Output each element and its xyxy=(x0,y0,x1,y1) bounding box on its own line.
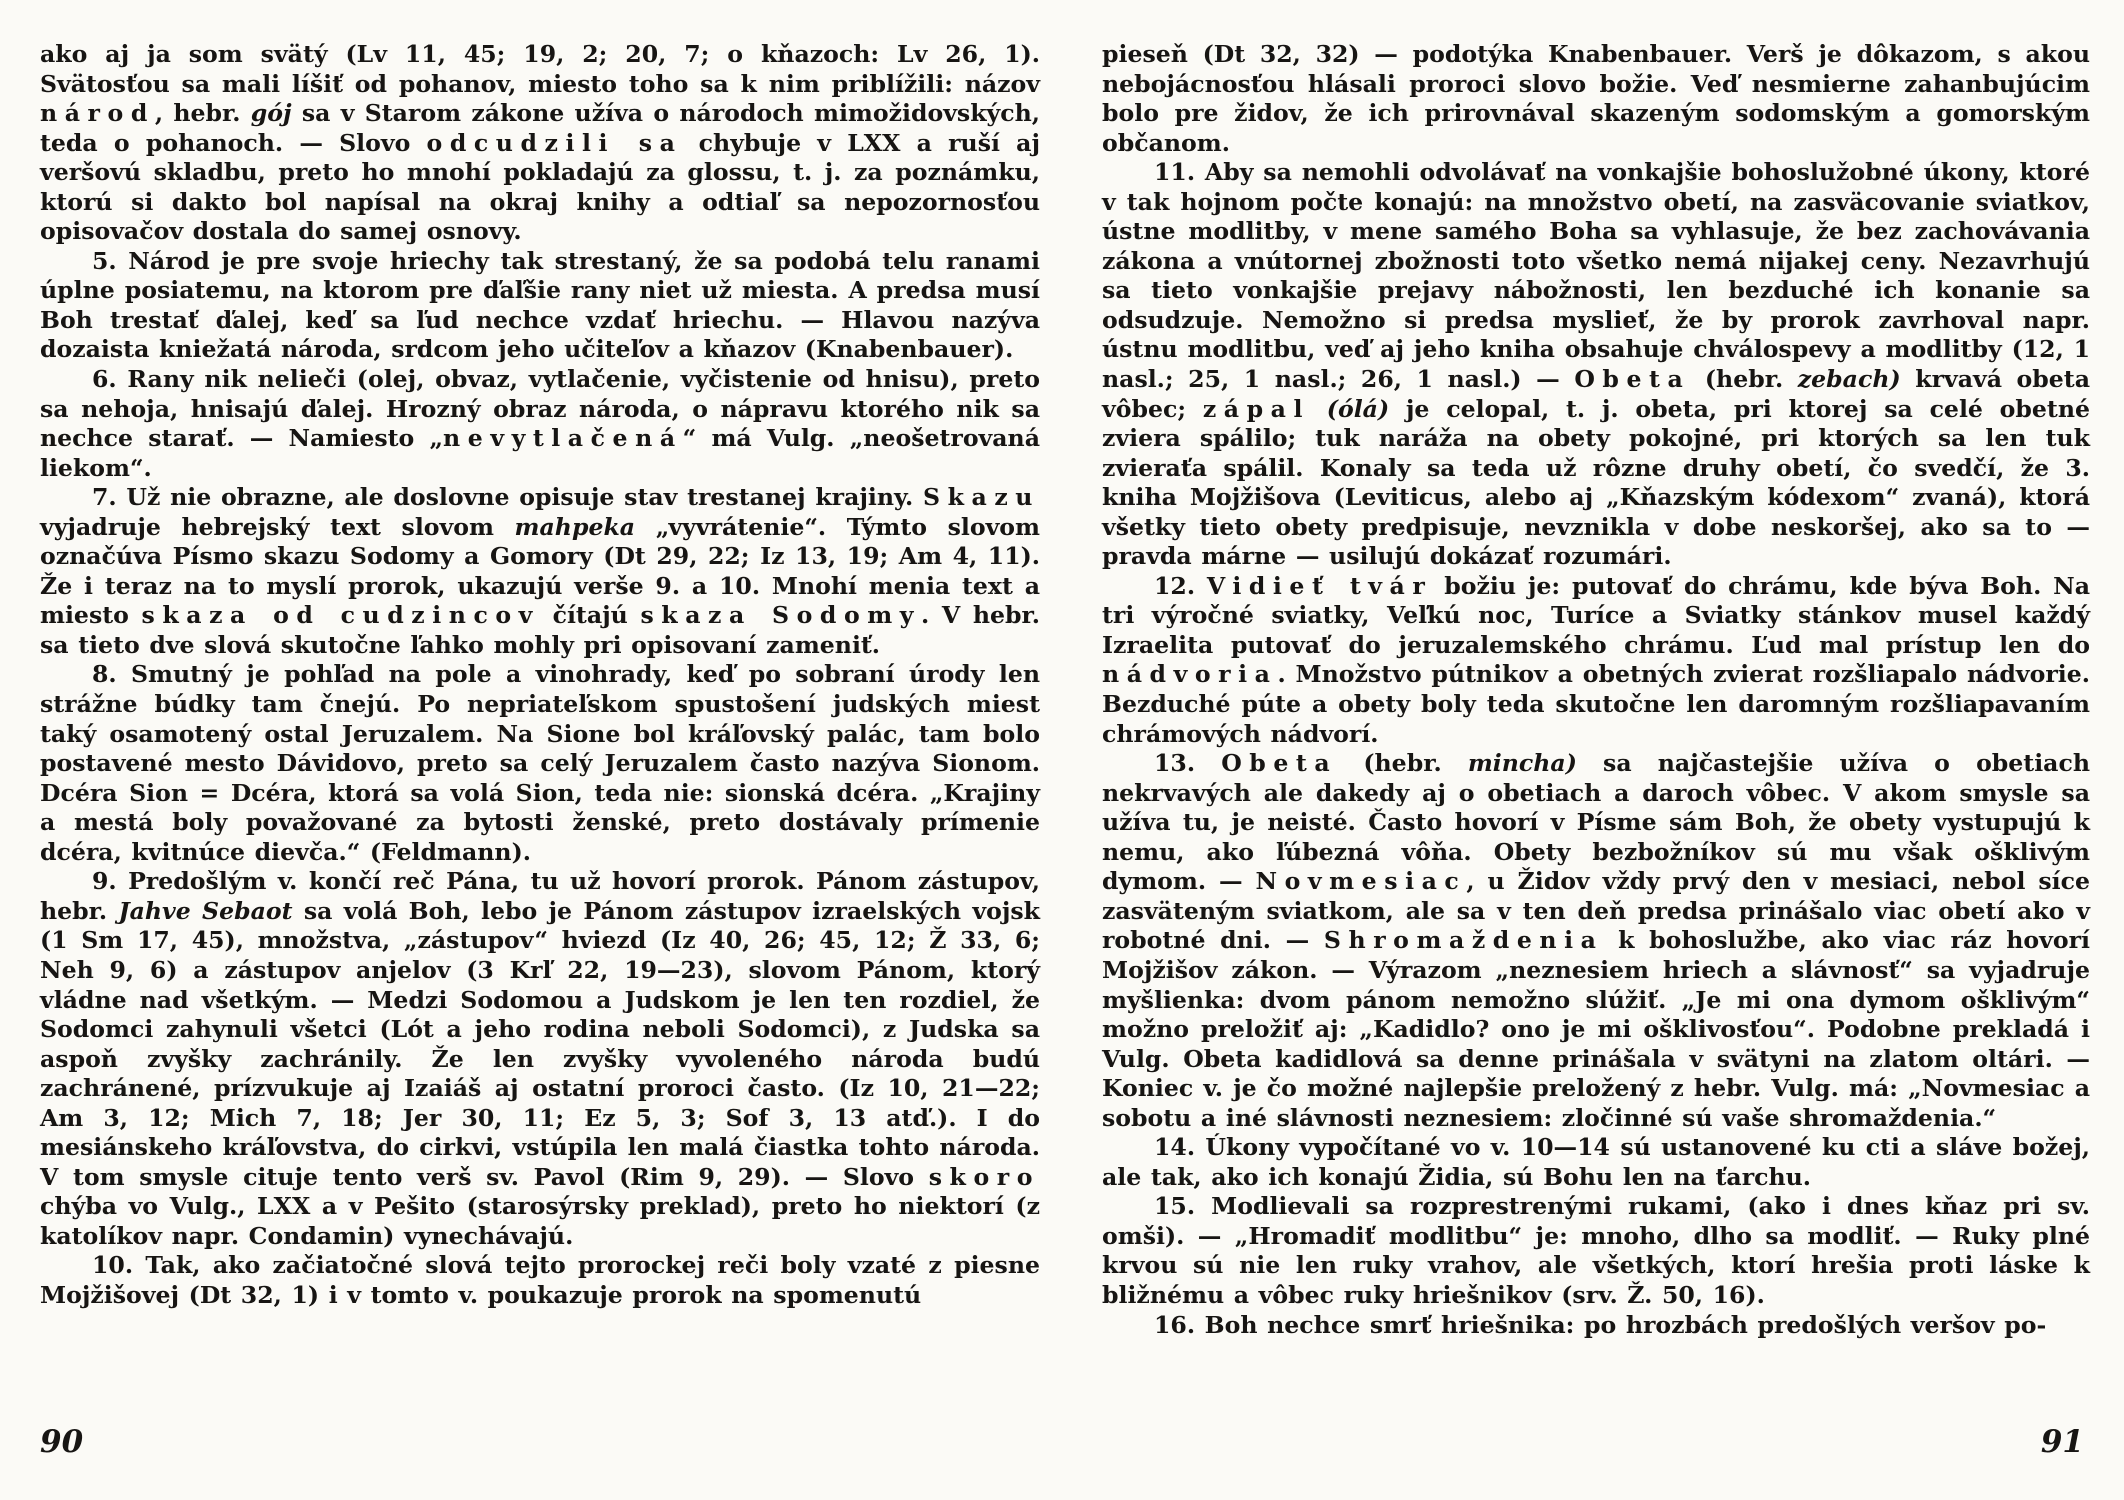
text-run: 12. xyxy=(1154,572,1207,600)
paragraph: 10. Tak, ako začiatočné slová tejto pror… xyxy=(40,1251,1040,1310)
emphasized-term: skoro xyxy=(929,1163,1040,1191)
italic-term: mahpeka xyxy=(515,513,636,541)
text-run: chýba vo Vulg., LXX a v Pešito (starosýr… xyxy=(40,1192,1040,1250)
italic-term: Jahve Sebaot xyxy=(118,897,292,925)
emphasized-term: nevytlačená xyxy=(443,424,683,452)
emphasized-term: skaza Sodomy xyxy=(640,601,921,629)
emphasized-term: národ xyxy=(40,99,155,127)
text-run: 14. Úkony vypočítané vo v. 10—14 sú usta… xyxy=(1102,1133,2090,1191)
italic-term: zebach) xyxy=(1798,365,1901,393)
text-run: 8. Smutný je pohľad na pole a vinohrady,… xyxy=(40,660,1040,865)
paragraph: 5. Národ je pre svoje hriechy tak strest… xyxy=(40,247,1040,365)
paragraph: 6. Rany nik nelieči (olej, obvaz, vytlač… xyxy=(40,365,1040,483)
paragraph: 9. Predošlým v. končí reč Pána, tu už ho… xyxy=(40,867,1040,1251)
emphasized-term: Obeta xyxy=(1221,749,1337,777)
emphasized-term: Skazu xyxy=(923,483,1040,511)
text-run: (hebr. xyxy=(1337,749,1468,777)
paragraph: 16. Boh nechce smrť hriešnika: po hrozbá… xyxy=(1102,1311,2090,1341)
emphasized-term: odcudzili sa xyxy=(427,129,683,157)
text-run: čítajú xyxy=(540,601,641,629)
book-spread: ako aj ja som svätý (Lv 11, 45; 19, 2; 2… xyxy=(0,0,2124,1500)
emphasized-term: zápal xyxy=(1203,395,1310,423)
paragraph: 13. Obeta (hebr. mincha) sa najčastejšie… xyxy=(1102,749,2090,1133)
paragraph: 12. Vidieť tvár božiu je: putovať do chr… xyxy=(1102,572,2090,749)
paragraph: 7. Už nie obrazne, ale doslovne opisuje … xyxy=(40,483,1040,660)
paragraph: 11. Aby sa nemohli odvolávať na vonkajši… xyxy=(1102,158,2090,572)
emphasized-term: Shromaždenia xyxy=(1324,926,1604,954)
text-run: 7. Už nie obrazne, ale doslovne opisuje … xyxy=(92,483,923,511)
italic-term: gój xyxy=(251,99,292,127)
emphasized-term: Novmesiac xyxy=(1255,867,1466,895)
paragraph: pieseň (Dt 32, 32) — podotýka Knabenbaue… xyxy=(1102,40,2090,158)
text-run: 5. Národ je pre svoje hriechy tak strest… xyxy=(40,247,1040,364)
text-run: (hebr. xyxy=(1690,365,1797,393)
text-run: 13. xyxy=(1154,749,1221,777)
paragraph: 8. Smutný je pohľad na pole a vinohrady,… xyxy=(40,660,1040,867)
paragraph: 14. Úkony vypočítané vo v. 10—14 sú usta… xyxy=(1102,1133,2090,1192)
text-run: sa volá Boh, lebo je Pánom zástupov izra… xyxy=(40,897,1040,1191)
text-run xyxy=(1310,395,1327,423)
text-run: ako aj ja som svätý (Lv 11, 45; 19, 2; 2… xyxy=(40,40,1040,98)
paragraph: ako aj ja som svätý (Lv 11, 45; 19, 2; 2… xyxy=(40,40,1040,247)
page-number-right: 91 xyxy=(2041,1424,2084,1460)
italic-term: mincha) xyxy=(1468,749,1577,777)
text-run: pieseň (Dt 32, 32) — podotýka Knabenbaue… xyxy=(1102,40,2090,157)
emphasized-term: skaza od cudzincov xyxy=(142,601,540,629)
text-run: , hebr. xyxy=(155,99,251,127)
text-run: 11. Aby sa nemohli odvolávať na vonkajši… xyxy=(1102,158,2090,393)
emphasized-term: nádvoria xyxy=(1102,660,1277,688)
left-page-text-column: ako aj ja som svätý (Lv 11, 45; 19, 2; 2… xyxy=(40,40,1040,1311)
paragraph: 15. Modlievali sa rozprestrenými rukami,… xyxy=(1102,1192,2090,1310)
page-number-left: 90 xyxy=(40,1424,83,1460)
text-run: 10. Tak, ako začiatočné slová tejto pror… xyxy=(40,1251,1040,1309)
italic-term: (ólá) xyxy=(1327,395,1389,423)
emphasized-term: Vidieť tvár xyxy=(1207,572,1432,600)
emphasized-term: Obeta xyxy=(1574,365,1690,393)
text-run: k bohoslužbe, ako viac ráz hovorí Mojžiš… xyxy=(1102,926,2090,1131)
text-run: 16. Boh nechce smrť hriešnika: po hrozbá… xyxy=(1154,1311,2046,1339)
right-page-text-column: pieseň (Dt 32, 32) — podotýka Knabenbaue… xyxy=(1102,40,2090,1340)
text-run: vyjadruje hebrejský text slovom xyxy=(40,513,515,541)
text-run: 15. Modlievali sa rozprestrenými rukami,… xyxy=(1102,1192,2090,1309)
